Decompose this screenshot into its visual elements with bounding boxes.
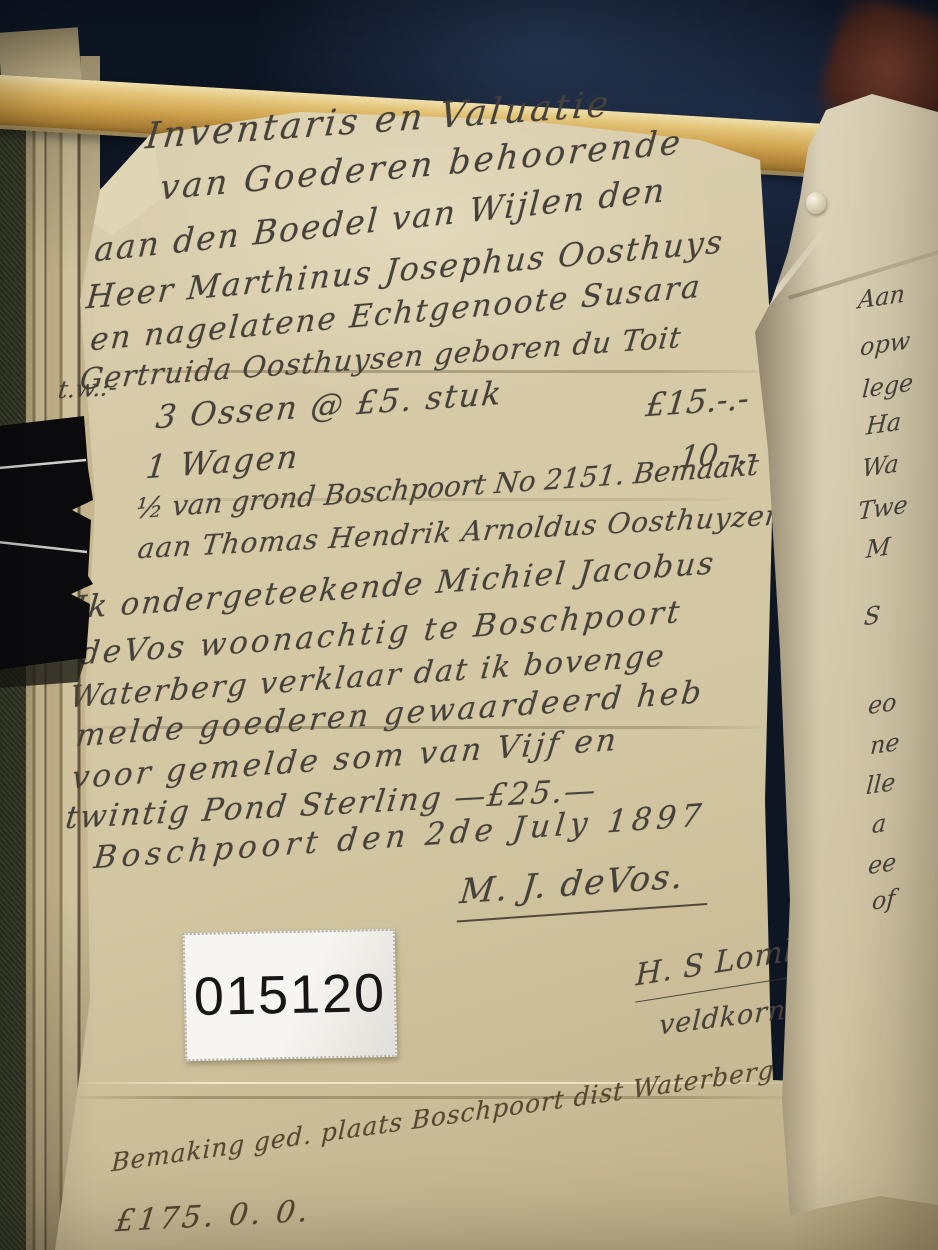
- cutoff-text-fragment: S: [863, 601, 881, 632]
- cutoff-text-fragment: Twe: [857, 490, 908, 526]
- to-wit-label: t.w.:-: [57, 373, 119, 404]
- binder-clip: [0, 408, 100, 696]
- cutoff-text-fragment: Wa: [861, 449, 900, 483]
- cutoff-text-fragment: of: [871, 884, 896, 916]
- cutoff-text-fragment: eo: [867, 688, 897, 721]
- cutoff-text-fragment: lle: [865, 768, 896, 801]
- cutoff-text-fragment: a: [871, 809, 887, 840]
- cutoff-text-fragment: M: [865, 532, 891, 564]
- photo-scene: Inventaris en Valuatie van Goederen beho…: [0, 0, 938, 1250]
- paper-blemish: [806, 192, 826, 214]
- archive-number: 015120: [193, 962, 386, 1028]
- cutoff-text-fragment: Aan: [857, 279, 906, 314]
- cutoff-text-fragment: opw: [859, 326, 911, 362]
- cutoff-text-fragment: ee: [867, 848, 897, 881]
- cutoff-text-fragment: ne: [869, 728, 900, 761]
- inventory-item-amount: £15.-.-: [644, 379, 751, 425]
- page-fold-line: [58, 1096, 808, 1099]
- cutoff-text-fragment: Ha: [865, 407, 902, 440]
- archive-number-label: 015120: [183, 929, 398, 1061]
- cutoff-text-fragment: lege: [861, 368, 914, 404]
